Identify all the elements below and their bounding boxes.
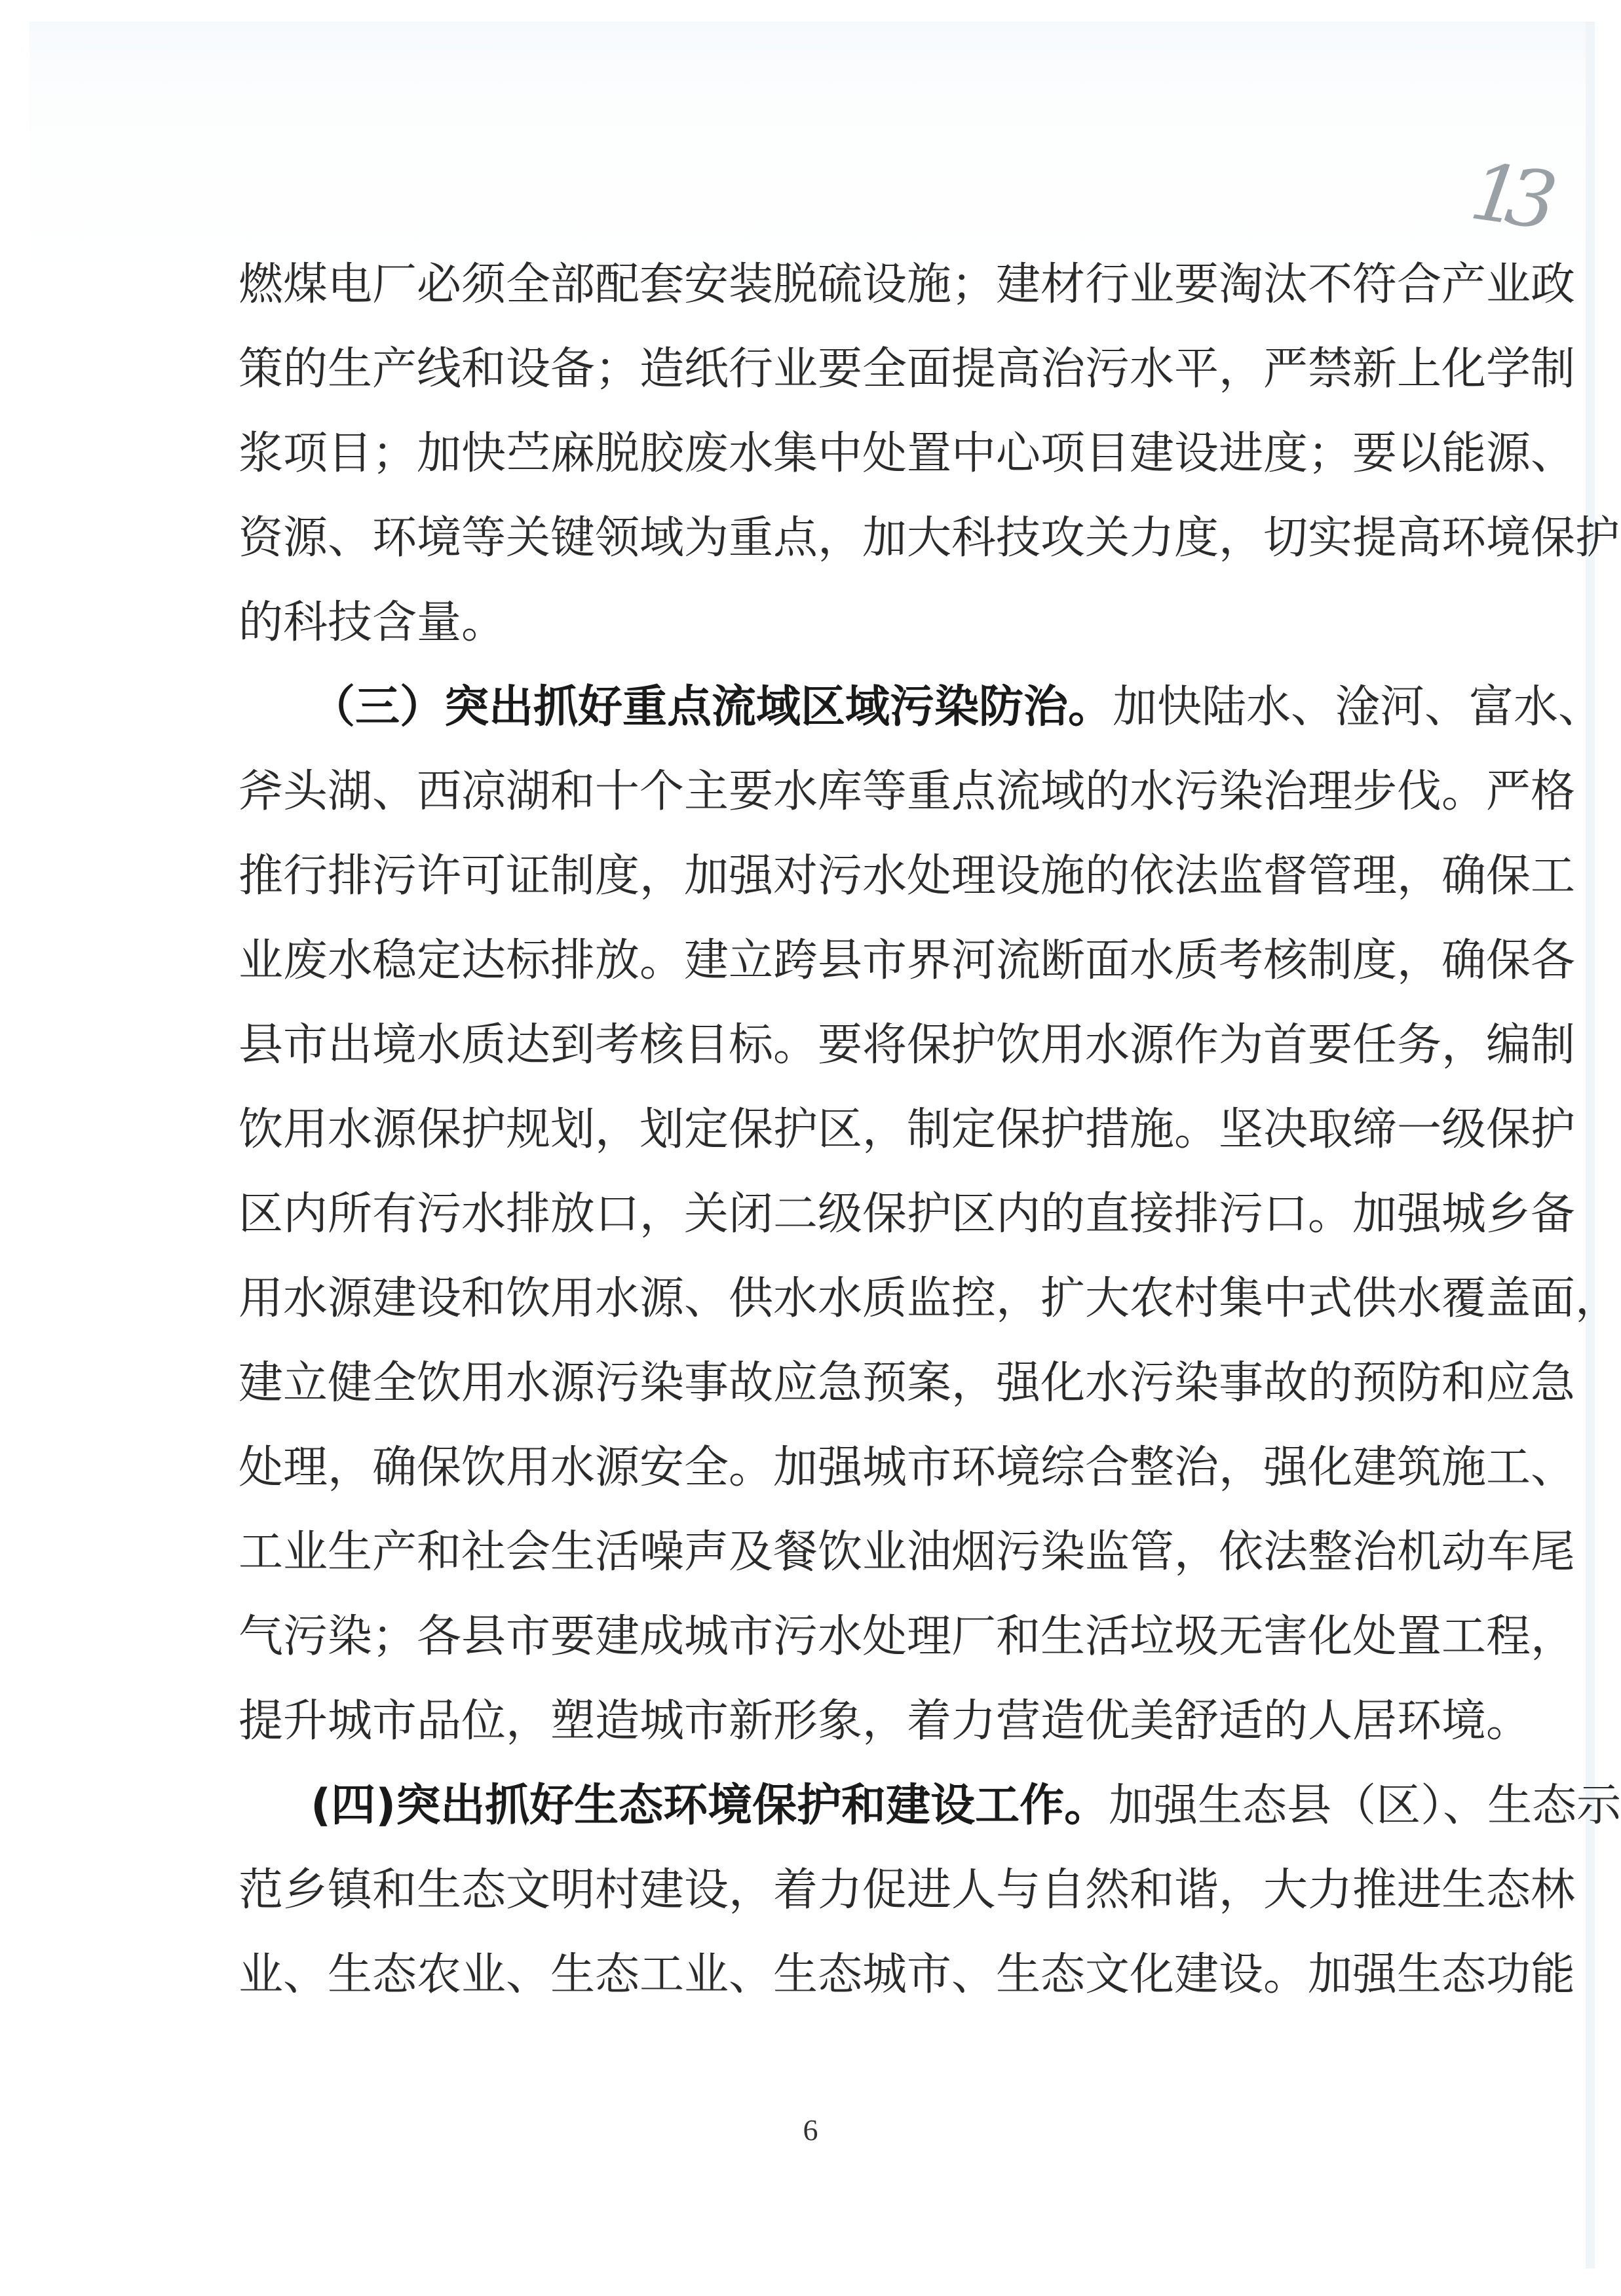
section-heading-4: (四)突出抓好生态环境保护和建设工作。 [311, 1780, 1109, 1832]
text-line: 区内所有污水排放口，关闭二级保护区内的直接排污口。加强城乡备 [238, 1185, 1398, 1270]
text-line: 浆项目；加快苎麻脱胶废水集中处置中心项目建设进度；要以能源、 [238, 424, 1398, 509]
text-line: 县市出境水质达到考核目标。要将保护饮用水源作为首要任务，编制 [238, 1016, 1398, 1101]
text-line: 处理，确保饮用水源安全。加强城市环境综合整治，强化建筑施工、 [238, 1439, 1398, 1523]
text-line: 提升城市品位，塑造城市新形象，着力营造优美舒适的人居环境。 [238, 1692, 1398, 1777]
text-line: 气污染；各县市要建成城市污水处理厂和生活垃圾无害化处置工程， [238, 1608, 1398, 1692]
text-line: 工业生产和社会生活噪声及餐饮业油烟污染监管，依法整治机动车尾 [238, 1523, 1398, 1608]
text-line: 业、生态农业、生态工业、生态城市、生态文化建设。加强生态功能 [238, 1946, 1398, 2030]
section-heading-3: （三）突出抓好重点流域区域污染防治。 [311, 681, 1113, 733]
text-line: 业废水稳定达标排放。建立跨县市界河流断面水质考核制度，确保各 [238, 932, 1398, 1016]
text-line: 燃煤电厂必须全部配套安装脱硫设施；建材行业要淘汰不符合产业政 [238, 255, 1398, 340]
text-line: 范乡镇和生态文明村建设，着力促进人与自然和谐，大力推进生态林 [238, 1861, 1398, 1946]
text-line: 的科技含量。 [238, 593, 1398, 678]
text-line: 推行排污许可证制度，加强对污水处理设施的依法监督管理，确保工 [238, 847, 1398, 932]
text-line: 资源、环境等关键领域为重点，加大科技攻关力度，切实提高环境保护 [238, 509, 1398, 593]
section-heading-line: (四)突出抓好生态环境保护和建设工作。加强生态县（区）、生态示 [238, 1777, 1398, 1861]
document-body: 燃煤电厂必须全部配套安装脱硫设施；建材行业要淘汰不符合产业政 策的生产线和设备；… [238, 255, 1398, 2030]
text-line: 饮用水源保护规划，划定保护区，制定保护措施。坚决取缔一级保护 [238, 1101, 1398, 1185]
text-line: 用水源建设和饮用水源、供水水质监控，扩大农村集中式供水覆盖面， [238, 1270, 1398, 1354]
text-line: 斧头湖、西凉湖和十个主要水库等重点流域的水污染治理步伐。严格 [238, 762, 1398, 847]
scan-edge [1586, 22, 1595, 2268]
text-line: 策的生产线和设备；造纸行业要全面提高治污水平，严禁新上化学制 [238, 340, 1398, 424]
page-number: 6 [0, 2113, 1621, 2147]
handwritten-page-mark: 13 [1465, 146, 1548, 246]
section-heading-line: （三）突出抓好重点流域区域污染防治。加快陆水、淦河、富水、 [238, 678, 1398, 762]
text-line: 建立健全饮用水源污染事故应急预案，强化水污染事故的预防和应急 [238, 1354, 1398, 1439]
